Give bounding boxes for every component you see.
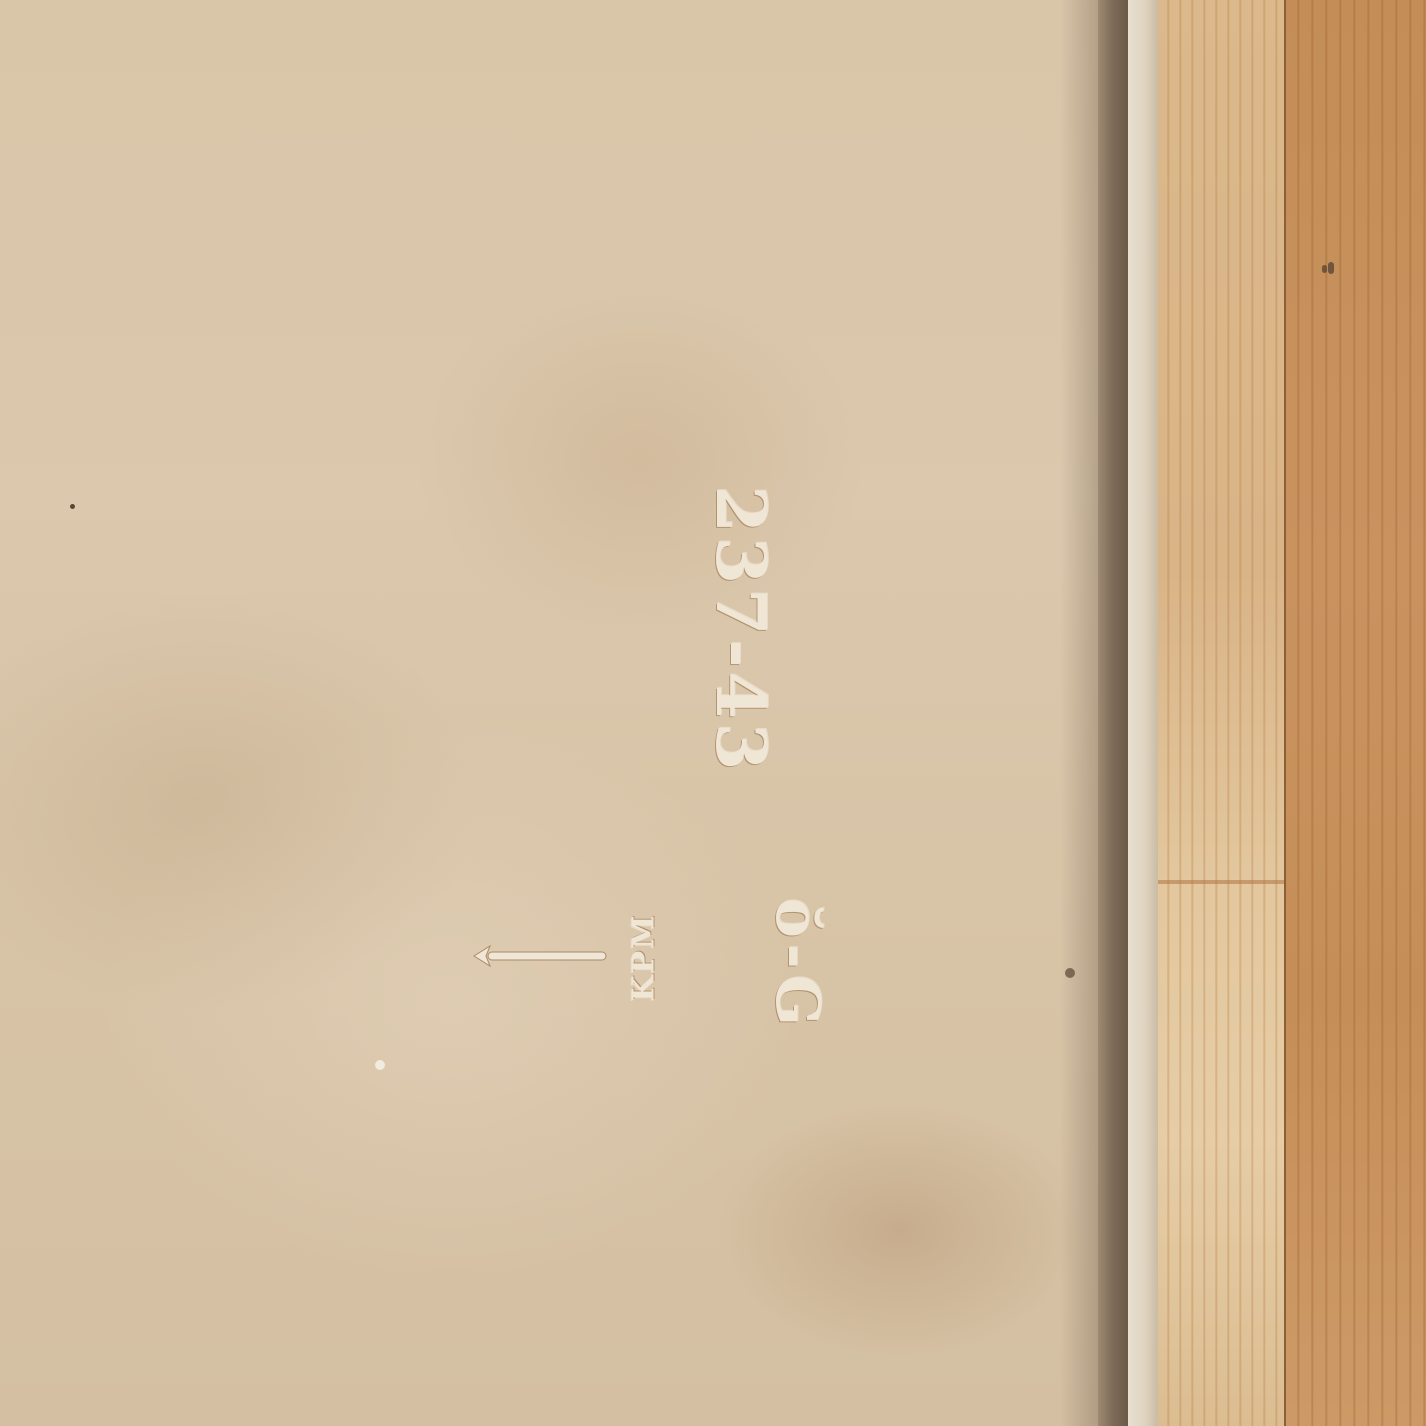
photo-scene: 237-43 KPM ŏ-G <box>0 0 1426 1426</box>
small-impressed-mark: ŏ-G <box>762 898 832 1032</box>
frame-liner <box>1128 0 1158 1426</box>
kpm-text: KPM <box>626 914 661 1002</box>
dark-speck <box>70 504 75 509</box>
kpm-manufacturer-mark: KPM <box>626 914 661 1002</box>
impressed-number-mark: 237-43 <box>700 370 780 890</box>
plaque-edge-shadow <box>1060 0 1098 1426</box>
wood-knot <box>1328 262 1334 274</box>
frame-outer-wood <box>1286 0 1426 1426</box>
frame-gap <box>1098 0 1128 1426</box>
light-spot <box>375 1060 385 1070</box>
small-mark-text: ŏ-G <box>762 898 832 1032</box>
porcelain-plaque-back <box>0 0 1098 1426</box>
wood-knot <box>1322 265 1327 273</box>
dark-speck <box>1065 968 1075 978</box>
impressed-number-text: 237-43 <box>700 486 780 775</box>
frame-joint <box>1158 880 1286 884</box>
scepter-icon <box>470 942 610 970</box>
frame-inner-wood <box>1158 0 1286 1426</box>
